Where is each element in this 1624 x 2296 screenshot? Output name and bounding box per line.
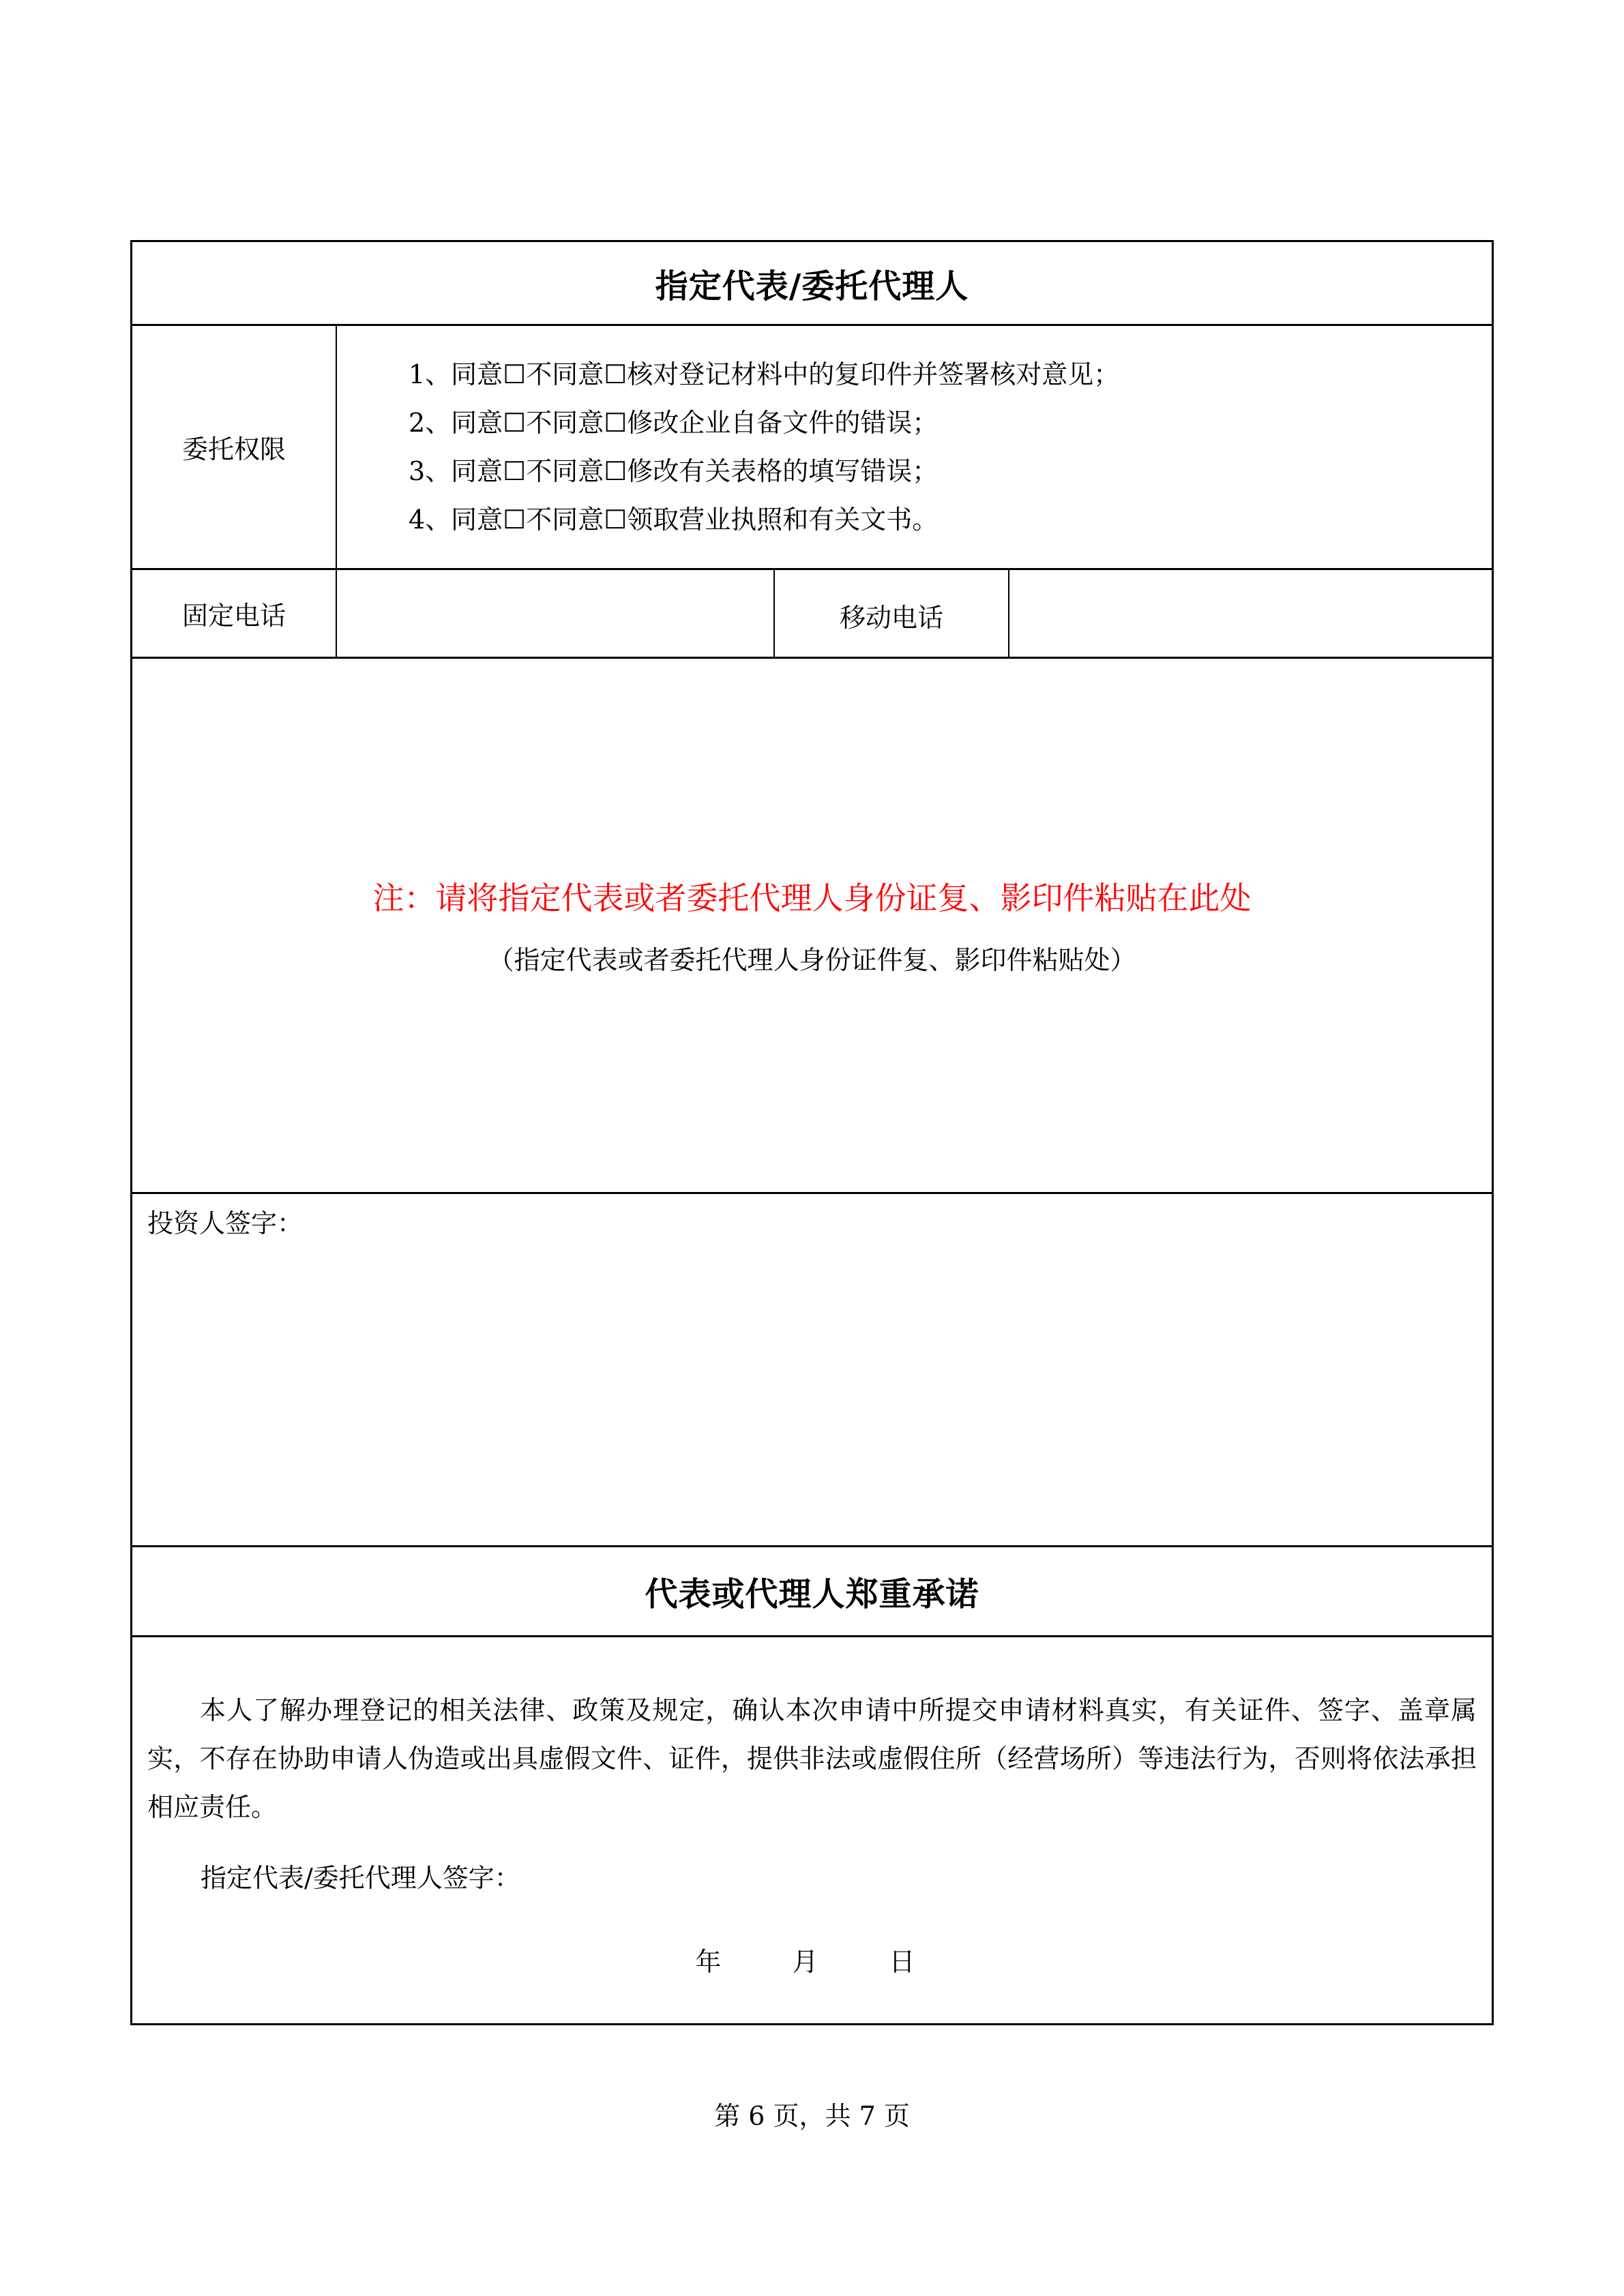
paste-subnote: （指定代表或者委托代理人身份证件复、影印件粘贴处） — [488, 939, 1136, 976]
authority-label-cell: 委托权限 — [132, 326, 336, 568]
phone-row: 固定电话 移动电话 — [132, 568, 1492, 657]
landline-label: 固定电话 — [182, 595, 286, 632]
investor-signature-area[interactable]: 投资人签字： — [132, 1192, 1492, 1545]
pledge-title-text: 代表或代理人郑重承诺 — [645, 1568, 979, 1615]
signature-date: 年 月 日 — [132, 1941, 1492, 1978]
landline-field[interactable] — [336, 570, 773, 657]
authority-label: 委托权限 — [182, 428, 286, 466]
investor-signature-label: 投资人签字： — [147, 1202, 303, 1240]
date-day-label: 日 — [889, 1941, 915, 1978]
authority-item-copy-verify[interactable]: 1、同意☐不同意☐核对登记材料中的复印件并签署核对意见； — [409, 351, 1492, 399]
page-indicator: 第 6 页，共 7 页 — [714, 2101, 910, 2131]
paste-instruction: 注：请将指定代表或者委托代理人身份证复、影印件粘贴在此处 — [373, 874, 1252, 919]
agent-signature-label: 指定代表/委托代理人签字： — [201, 1857, 520, 1894]
mobile-field[interactable] — [1008, 570, 1492, 657]
section-title: 指定代表/委托代理人 — [132, 242, 1492, 324]
document-page: 指定代表/委托代理人 委托权限 1、同意☐不同意☐核对登记材料中的复印件并签署核… — [0, 0, 1624, 2296]
authority-options-cell: 1、同意☐不同意☐核对登记材料中的复印件并签署核对意见； 2、同意☐不同意☐修改… — [336, 326, 1492, 568]
landline-label-cell: 固定电话 — [132, 570, 336, 657]
date-month-label: 月 — [792, 1941, 818, 1978]
pledge-section: 本人了解办理登记的相关法律、政策及规定，确认本次申请中所提交申请材料真实，有关证… — [132, 1635, 1492, 2023]
section-title-text: 指定代表/委托代理人 — [655, 260, 969, 307]
mobile-label-cell: 移动电话 — [773, 570, 1008, 657]
mobile-label: 移动电话 — [840, 597, 943, 634]
page-footer: 第 6 页，共 7 页 — [0, 2095, 1624, 2132]
authority-row: 委托权限 1、同意☐不同意☐核对登记材料中的复印件并签署核对意见； 2、同意☐不… — [132, 324, 1492, 568]
authority-item-fix-forms[interactable]: 3、同意☐不同意☐修改有关表格的填写错误； — [409, 447, 1492, 496]
pledge-statement: 本人了解办理登记的相关法律、政策及规定，确认本次申请中所提交申请材料真实，有关证… — [147, 1686, 1477, 1832]
agent-authorization-form: 指定代表/委托代理人 委托权限 1、同意☐不同意☐核对登记材料中的复印件并签署核… — [130, 240, 1494, 2025]
authority-list: 1、同意☐不同意☐核对登记材料中的复印件并签署核对意见； 2、同意☐不同意☐修改… — [337, 326, 1492, 568]
authority-item-fix-documents[interactable]: 2、同意☐不同意☐修改企业自备文件的错误； — [409, 399, 1492, 447]
id-copy-paste-area: 注：请将指定代表或者委托代理人身份证复、影印件粘贴在此处 （指定代表或者委托代理… — [132, 657, 1492, 1192]
date-year-label: 年 — [695, 1941, 721, 1978]
pledge-statement-text: 本人了解办理登记的相关法律、政策及规定，确认本次申请中所提交申请材料真实，有关证… — [147, 1695, 1477, 1822]
pledge-title: 代表或代理人郑重承诺 — [132, 1545, 1492, 1635]
authority-item-collect-license[interactable]: 4、同意☐不同意☐领取营业执照和有关文书。 — [409, 496, 1492, 544]
